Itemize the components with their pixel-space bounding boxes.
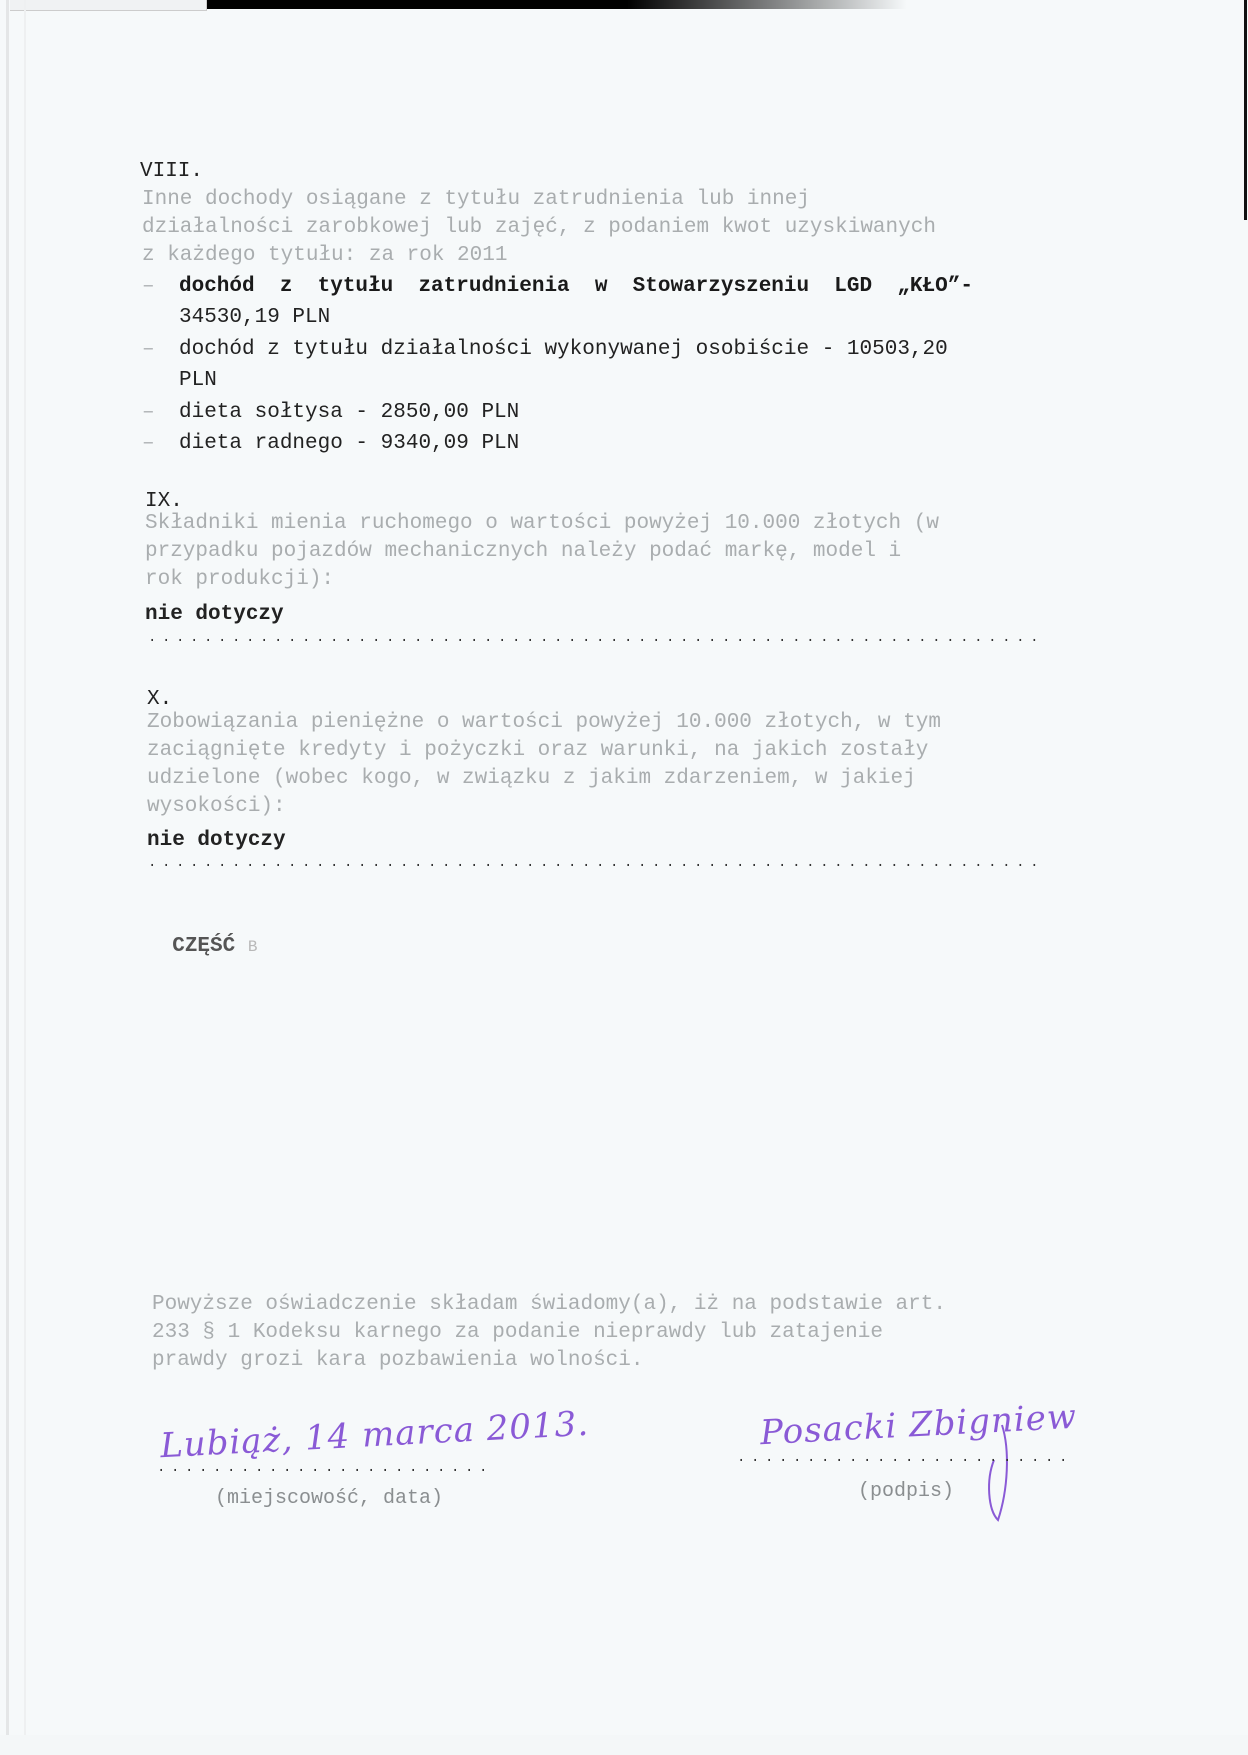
part-b-heading: CZĘŚĆ B xyxy=(147,912,257,958)
item-text: dochód z tytułu zatrudnienia w Stowarzys… xyxy=(179,275,973,299)
handwritten-signature: Posacki Zbigniew xyxy=(759,1397,1078,1454)
signature-flourish xyxy=(980,1420,1020,1530)
item-text: dochód z tytułu działalności wykonywanej… xyxy=(179,338,948,362)
declaration-text: 233 § 1 Kodeksu karnego za podanie niepr… xyxy=(152,1321,883,1345)
item-text: dieta radnego - 9340,09 PLN xyxy=(179,432,519,456)
section-x-question: udzielone (wobec kogo, w związku z jakim… xyxy=(147,767,916,791)
section-ix-answer: nie dotyczy xyxy=(145,603,284,627)
item-text: PLN xyxy=(179,369,217,393)
scan-left-edge xyxy=(6,0,9,1735)
handwritten-place-date: Lubiąż, 14 marca 2013. xyxy=(159,1404,590,1466)
bullet-dash: – xyxy=(142,275,155,299)
scan-left-edge xyxy=(24,0,26,1735)
part-b-letter: B xyxy=(248,938,258,956)
item-text: dieta sołtysa - 2850,00 PLN xyxy=(179,401,519,425)
section-viii-number: VIII. xyxy=(140,160,203,184)
bullet-dash: – xyxy=(142,401,155,425)
dotted-leader: ........................................… xyxy=(148,855,1044,871)
bullet-dash: – xyxy=(142,432,155,456)
signature-label: (podpis) xyxy=(858,1480,954,1504)
section-ix-number: IX. xyxy=(145,490,183,514)
scan-edge-tab xyxy=(108,0,207,11)
declaration-text: prawdy grozi kara pozbawienia wolności. xyxy=(152,1349,643,1373)
place-date-dotted-line: ........................ xyxy=(157,1460,493,1476)
section-ix-question: Składniki mienia ruchomego o wartości po… xyxy=(145,512,939,536)
scan-bottom-strip xyxy=(0,1735,1248,1755)
bullet-dash: – xyxy=(142,338,155,362)
section-x-question: zaciągnięte kredyty i pożyczki oraz waru… xyxy=(147,739,928,763)
section-ix-question: przypadku pojazdów mechanicznych należy … xyxy=(145,540,901,564)
item-text: 34530,19 PLN xyxy=(179,306,330,330)
scan-right-edge xyxy=(1244,0,1247,220)
section-viii-question: Inne dochody osiągane z tytułu zatrudnie… xyxy=(142,188,810,212)
part-b-label: CZĘŚĆ xyxy=(172,935,235,958)
section-viii-question: działalności zarobkowej lub zajęć, z pod… xyxy=(142,216,936,240)
section-ix-question: rok produkcji): xyxy=(145,568,334,592)
signature-dotted-line: ........................ xyxy=(737,1450,1073,1466)
place-date-label: (miejscowość, data) xyxy=(215,1487,443,1511)
section-x-number: X. xyxy=(147,688,172,712)
section-x-question: Zobowiązania pieniężne o wartości powyże… xyxy=(147,711,941,735)
section-viii-question: z każdego tytułu: za rok 2011 xyxy=(142,244,507,268)
declaration-text: Powyższe oświadczenie składam świadomy(a… xyxy=(152,1293,946,1317)
scan-edge-shadow xyxy=(207,0,907,9)
section-x-question: wysokości): xyxy=(147,795,286,819)
section-x-answer: nie dotyczy xyxy=(147,829,286,853)
dotted-leader: ........................................… xyxy=(148,630,1044,646)
